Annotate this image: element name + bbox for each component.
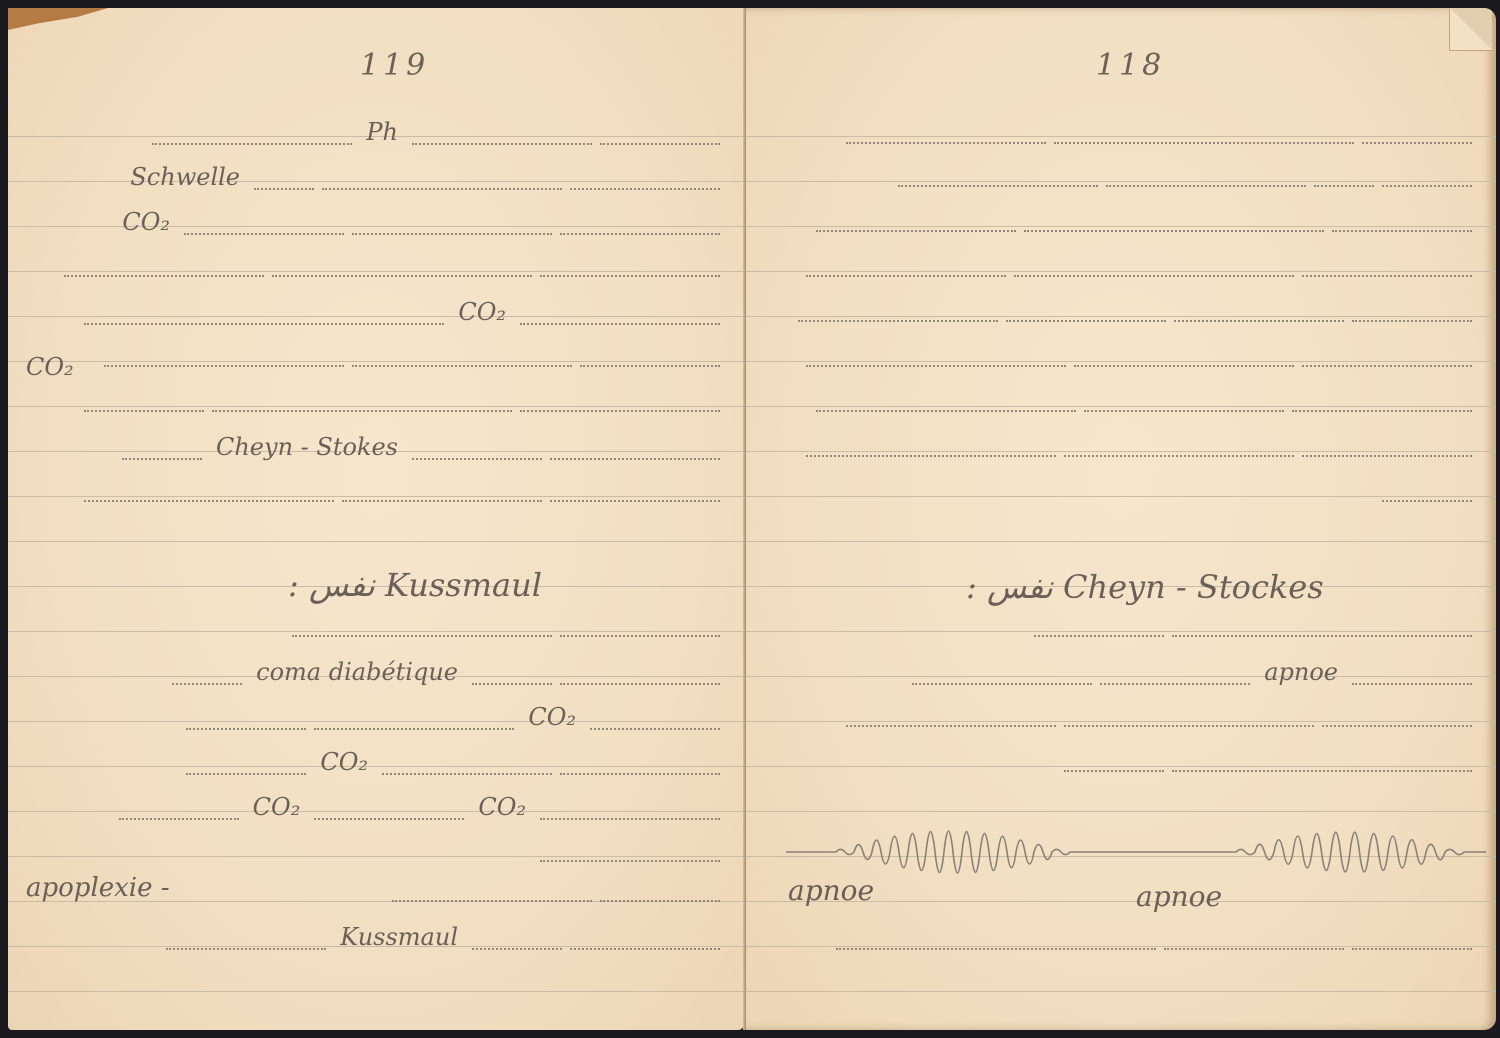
handwritten-line: CO₂ bbox=[8, 298, 724, 326]
section-heading: : نفس Kussmaul bbox=[288, 566, 542, 604]
handwritten-line bbox=[756, 478, 1476, 502]
handwritten-line bbox=[756, 926, 1476, 950]
handwritten-line: CO₂ bbox=[8, 208, 724, 236]
ruled-line bbox=[746, 541, 1496, 542]
folded-corner bbox=[1449, 8, 1492, 51]
handwritten-line bbox=[756, 388, 1476, 412]
handwritten-line: apnoe bbox=[756, 658, 1476, 686]
handwritten-line bbox=[324, 878, 724, 902]
ruled-line bbox=[746, 991, 1496, 992]
handwritten-line bbox=[756, 613, 1476, 637]
margin-note: apoplexie - bbox=[26, 873, 170, 903]
handwritten-line bbox=[756, 208, 1476, 232]
section-heading: : نفس Cheyn - Stockes bbox=[966, 568, 1324, 606]
handwritten-line: CO₂CO₂ bbox=[8, 793, 724, 821]
ruled-line bbox=[8, 541, 744, 542]
handwritten-line bbox=[8, 613, 724, 637]
apnoe-label: apnoe bbox=[788, 874, 874, 907]
handwritten-line: CO₂ bbox=[8, 703, 724, 731]
handwritten-line bbox=[756, 298, 1476, 322]
apnoe-label: apnoe bbox=[1136, 880, 1222, 913]
handwritten-line bbox=[756, 748, 1476, 772]
handwritten-line: Ph bbox=[34, 118, 724, 146]
page-number: 118 bbox=[1096, 48, 1165, 83]
handwritten-line bbox=[756, 433, 1476, 457]
handwritten-line bbox=[8, 838, 724, 862]
handwritten-line: Kussmaul bbox=[8, 923, 724, 951]
handwritten-line bbox=[756, 703, 1476, 727]
handwritten-line: CO₂ bbox=[8, 748, 724, 776]
page-number: 119 bbox=[360, 48, 429, 83]
handwritten-line bbox=[8, 253, 724, 277]
corner-stain bbox=[8, 8, 108, 30]
handwritten-line-latin: CO₂ bbox=[26, 353, 744, 381]
ruled-line bbox=[8, 991, 744, 992]
notebook-spread: 119 Ph Schwelle CO₂ CO₂ CO₂ Cheyn - Stok… bbox=[8, 8, 1496, 1030]
handwritten-line bbox=[756, 120, 1476, 144]
handwritten-line bbox=[44, 388, 724, 412]
right-page: 118 : نفس Cheyn - Stockes apnoe apnoe ap… bbox=[746, 8, 1496, 1030]
left-page: 119 Ph Schwelle CO₂ CO₂ CO₂ Cheyn - Stok… bbox=[8, 8, 744, 1030]
handwritten-line: Cheyn - Stokes bbox=[8, 433, 724, 461]
handwritten-line bbox=[756, 253, 1476, 277]
handwritten-line: coma diabétique bbox=[8, 658, 724, 686]
handwritten-line: Schwelle bbox=[34, 163, 724, 191]
handwritten-line bbox=[756, 163, 1476, 187]
handwritten-line bbox=[8, 478, 724, 502]
handwritten-line bbox=[756, 343, 1476, 367]
